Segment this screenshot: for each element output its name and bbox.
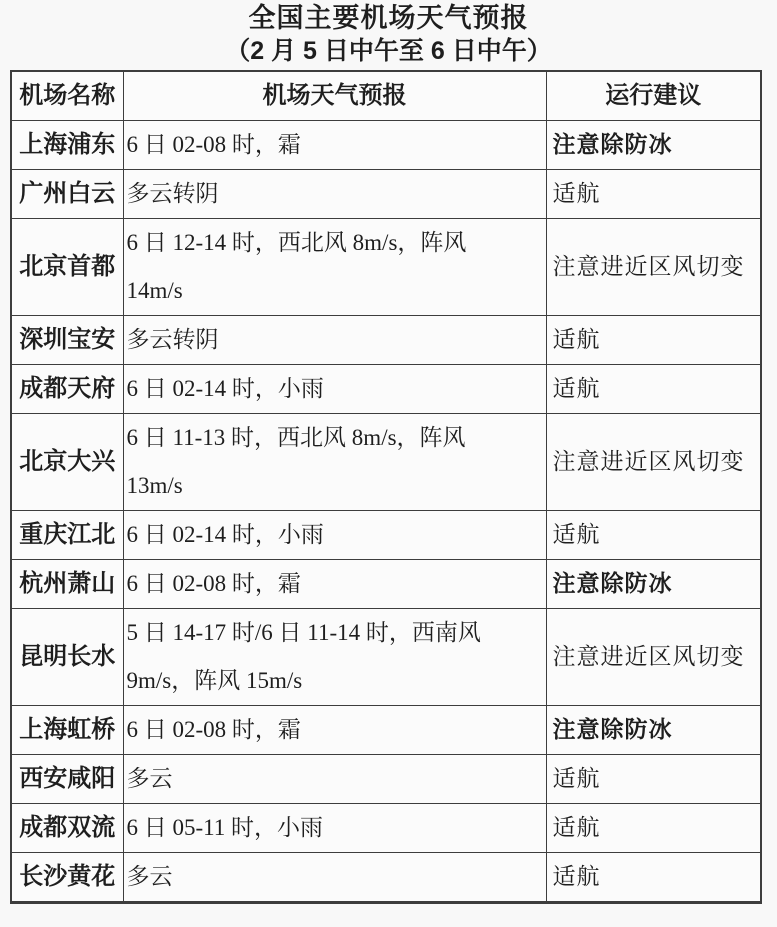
title-block: 全国主要机场天气预报 （2 月 5 日中午至 6 日中午） [0, 0, 777, 70]
table-row: 广州白云 多云转阴 适航 [11, 170, 761, 219]
table-row: 上海浦东 6 日 02-08 时，霜 注意除防冰 [11, 121, 761, 170]
table-row: 杭州萧山 6 日 02-08 时，霜 注意除防冰 [11, 560, 761, 609]
table-row: 西安咸阳 多云 适航 [11, 755, 761, 804]
advice-cell: 适航 [546, 365, 761, 414]
forecast-cell: 多云 [123, 853, 546, 903]
airport-name-cell: 成都双流 [11, 804, 123, 853]
advice-cell: 适航 [546, 316, 761, 365]
airport-weather-forecast-table: 机场名称 机场天气预报 运行建议 上海浦东 6 日 02-08 时，霜 注意除防… [10, 70, 762, 904]
forecast-cell: 6 日 12-14 时，西北风 8m/s，阵风 14m/s [123, 219, 546, 316]
airport-name-cell: 昆明长水 [11, 609, 123, 706]
forecast-cell: 6 日 05-11 时，小雨 [123, 804, 546, 853]
table-row: 成都双流 6 日 05-11 时，小雨 适航 [11, 804, 761, 853]
advice-cell: 适航 [546, 170, 761, 219]
airport-name-cell: 北京首都 [11, 219, 123, 316]
advice-cell: 适航 [546, 755, 761, 804]
forecast-cell: 6 日 11-13 时，西北风 8m/s，阵风 13m/s [123, 414, 546, 511]
forecast-cell: 6 日 02-08 时，霜 [123, 706, 546, 755]
advice-cell: 注意除防冰 [546, 706, 761, 755]
forecast-cell: 6 日 02-14 时，小雨 [123, 365, 546, 414]
column-header-advice: 运行建议 [546, 71, 761, 121]
table-row: 重庆江北 6 日 02-14 时，小雨 适航 [11, 511, 761, 560]
airport-name-cell: 广州白云 [11, 170, 123, 219]
advice-cell: 注意进近区风切变 [546, 219, 761, 316]
airport-name-cell: 北京大兴 [11, 414, 123, 511]
airport-name-cell: 重庆江北 [11, 511, 123, 560]
airport-name-cell: 成都天府 [11, 365, 123, 414]
forecast-cell: 6 日 02-08 时，霜 [123, 560, 546, 609]
advice-cell: 适航 [546, 804, 761, 853]
table-row: 北京首都 6 日 12-14 时，西北风 8m/s，阵风 14m/s 注意进近区… [11, 219, 761, 316]
airport-name-cell: 杭州萧山 [11, 560, 123, 609]
airport-name-cell: 上海浦东 [11, 121, 123, 170]
airport-name-cell: 深圳宝安 [11, 316, 123, 365]
advice-cell: 适航 [546, 853, 761, 903]
advice-cell: 注意进近区风切变 [546, 609, 761, 706]
forecast-cell: 6 日 02-08 时，霜 [123, 121, 546, 170]
advice-cell: 注意除防冰 [546, 121, 761, 170]
airport-name-cell: 上海虹桥 [11, 706, 123, 755]
table-row: 成都天府 6 日 02-14 时，小雨 适航 [11, 365, 761, 414]
page-subtitle: （2 月 5 日中午至 6 日中午） [0, 35, 777, 68]
column-header-airport-name: 机场名称 [11, 71, 123, 121]
table-row: 北京大兴 6 日 11-13 时，西北风 8m/s，阵风 13m/s 注意进近区… [11, 414, 761, 511]
table-row: 上海虹桥 6 日 02-08 时，霜 注意除防冰 [11, 706, 761, 755]
advice-cell: 适航 [546, 511, 761, 560]
table-row: 昆明长水 5 日 14-17 时/6 日 11-14 时，西南风 9m/s，阵风… [11, 609, 761, 706]
forecast-cell: 多云转阴 [123, 316, 546, 365]
page-title: 全国主要机场天气预报 [0, 2, 777, 35]
table-header-row: 机场名称 机场天气预报 运行建议 [11, 71, 761, 121]
advice-cell: 注意除防冰 [546, 560, 761, 609]
page: 全国主要机场天气预报 （2 月 5 日中午至 6 日中午） 机场名称 机场天气预… [0, 0, 777, 904]
table-row: 长沙黄花 多云 适航 [11, 853, 761, 903]
table-body: 上海浦东 6 日 02-08 时，霜 注意除防冰 广州白云 多云转阴 适航 北京… [11, 121, 761, 903]
forecast-cell: 5 日 14-17 时/6 日 11-14 时，西南风 9m/s，阵风 15m/… [123, 609, 546, 706]
forecast-cell: 多云转阴 [123, 170, 546, 219]
forecast-cell: 多云 [123, 755, 546, 804]
airport-name-cell: 西安咸阳 [11, 755, 123, 804]
forecast-cell: 6 日 02-14 时，小雨 [123, 511, 546, 560]
advice-cell: 注意进近区风切变 [546, 414, 761, 511]
column-header-forecast: 机场天气预报 [123, 71, 546, 121]
table-row: 深圳宝安 多云转阴 适航 [11, 316, 761, 365]
airport-name-cell: 长沙黄花 [11, 853, 123, 903]
